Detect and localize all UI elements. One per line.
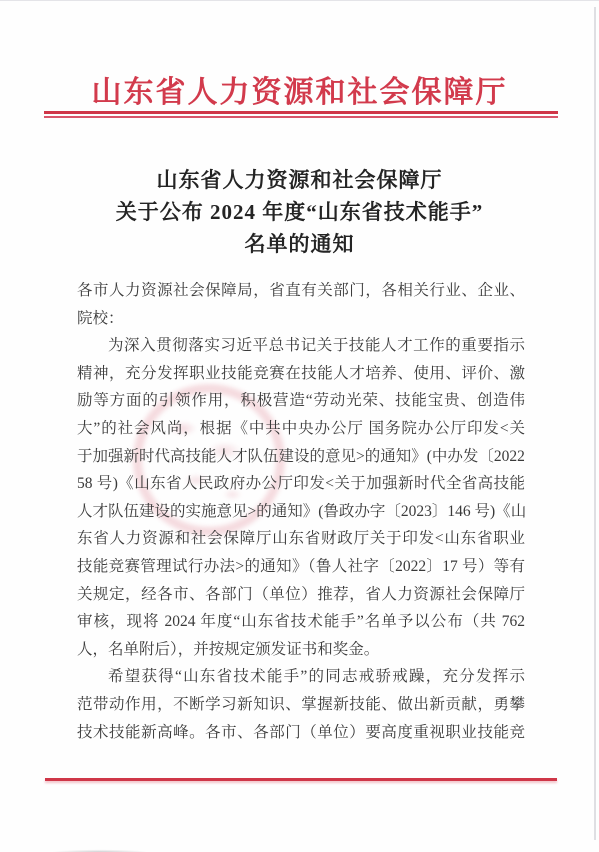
- letterhead-agency-title: 山东省人力资源和社会保障厅: [0, 67, 599, 111]
- body-line: 各市人力资源社会保障局，省直有关部门，各相关行业、企业、: [77, 277, 525, 305]
- body-line: 技能竞赛管理试行办法>的通知》（鲁人社字〔2022〕17 号）等有: [77, 553, 525, 581]
- body-line: 人才队伍建设的实施意见>的通知》(鲁政办字〔2023〕146 号)《山: [77, 498, 525, 526]
- body-line: 希望获得“山东省技术能手”的同志戒骄戒躁，充分发挥示: [77, 663, 525, 691]
- document-title: 山东省人力资源和社会保障厅 关于公布 2024 年度“山东省技术能手” 名单的通…: [0, 164, 599, 260]
- rule-bottom: [44, 116, 558, 118]
- document-body: 各市人力资源社会保障局，省直有关部门，各相关行业、企业、院校：为深入贯彻落实习近…: [77, 277, 525, 746]
- body-line: 技术技能新高峰。各市、各部门（单位）要高度重视职业技能竞: [77, 719, 525, 747]
- body-line: 为深入贯彻落实习近平总书记关于技能人才工作的重要指示: [77, 332, 525, 360]
- body-line: 励等方面的引领作用，积极营造“劳动光荣、技能宝贵、创造伟: [77, 387, 525, 415]
- body-line: 范带动作用，不断学习新知识、掌握新技能、做出新贡献，勇攀: [77, 691, 525, 719]
- paragraph: 希望获得“山东省技术能手”的同志戒骄戒躁，充分发挥示范带动作用，不断学习新知识、…: [77, 663, 525, 746]
- document-title-line-2: 关于公布 2024 年度“山东省技术能手”: [0, 196, 599, 228]
- footer-rule: [45, 778, 557, 781]
- document-title-line-1: 山东省人力资源和社会保障厅: [0, 164, 599, 196]
- body-line: 审核，现将 2024 年度“山东省技术能手”名单予以公布（共 762: [77, 608, 525, 636]
- body-line: 58 号)《山东省人民政府办公厅印发<关于加强新时代全省高技能: [77, 470, 525, 498]
- body-line: 大”的社会风尚，根据《中共中央办公厅 国务院办公厅印发<关: [77, 415, 525, 443]
- page-scan-edge-right: [594, 7, 596, 840]
- document-page: 山东省人力资源和社会保障厅 山东省人力资源和社会保障厅 关于公布 2024 年度…: [0, 0, 599, 852]
- body-line: 于加强新时代高技能人才队伍建设的意见>的通知》(中办发〔2022〕: [77, 443, 525, 471]
- body-line: 关规定，经各市、各部门（单位）推荐，省人力资源社会保障厅: [77, 581, 525, 609]
- body-line: 院校：: [77, 305, 525, 333]
- paragraph: 各市人力资源社会保障局，省直有关部门，各相关行业、企业、院校：: [77, 277, 525, 332]
- letterhead-double-rule: [44, 111, 558, 118]
- body-line: 精神，充分发挥职业技能竞赛在技能人才培养、使用、评价、激: [77, 360, 525, 388]
- body-line: 人，名单附后），并按规定颁发证书和奖金。: [77, 636, 525, 664]
- paragraph: 为深入贯彻落实习近平总书记关于技能人才工作的重要指示精神，充分发挥职业技能竞赛在…: [77, 332, 525, 663]
- page-scan-edge-bottom: [40, 848, 160, 852]
- rule-top: [44, 111, 558, 114]
- body-line: 东省人力资源和社会保障厅山东省财政厅关于印发<山东省职业: [77, 525, 525, 553]
- document-title-line-3: 名单的通知: [0, 228, 599, 260]
